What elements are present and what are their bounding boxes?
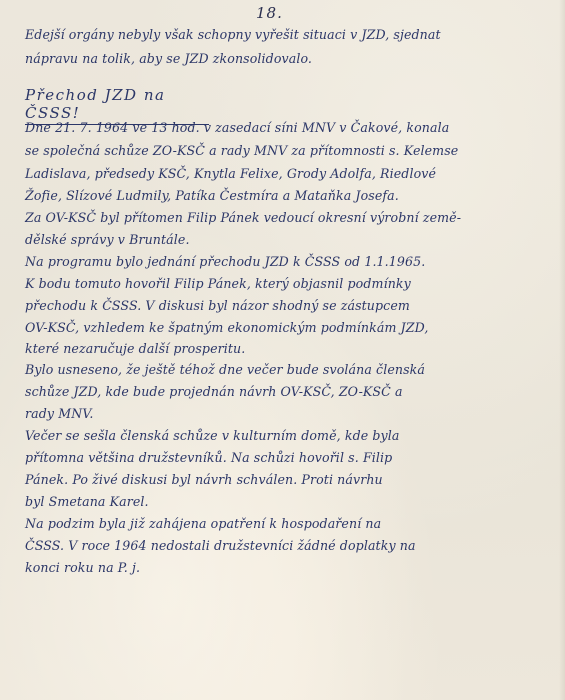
- page-number: 18.: [256, 4, 283, 22]
- page-edge-shadow: [559, 0, 565, 700]
- body-line: konci roku na P. j.: [25, 560, 140, 575]
- body-line: přechodu k ČSSS. V diskusi byl názor sho…: [25, 298, 410, 313]
- intro-line-2: nápravu na tolik, aby se JZD zkonsolidov…: [25, 51, 312, 66]
- body-line: dělské správy v Bruntále.: [25, 232, 190, 247]
- body-line: ČSSS. V roce 1964 nedostali družstevníci…: [25, 538, 416, 553]
- body-line: K bodu tomuto hovořil Filip Pánek, který…: [25, 276, 411, 291]
- body-line: Pánek. Po živé diskusi byl návrh schvále…: [25, 472, 383, 487]
- body-line: přítomna většina družstevníků. Na schůzi…: [25, 450, 392, 465]
- body-line: Žofie, Slízové Ludmily, Patíka Čestmíra …: [25, 188, 399, 203]
- body-line: které nezaručuje další prosperitu.: [25, 341, 245, 356]
- body-line: rady MNV.: [25, 406, 93, 421]
- scanned-document-page: 18. Edejší orgány nebyly však schopny vy…: [0, 0, 565, 700]
- intro-line-1: Edejší orgány nebyly však schopny vyřeši…: [25, 27, 441, 42]
- body-line: schůze JZD, kde bude projednán návrh OV-…: [25, 384, 403, 399]
- body-line: Bylo usneseno, že ještě téhož dne večer …: [25, 362, 425, 377]
- body-line: OV-KSČ, vzhledem ke špatným ekonomickým …: [25, 320, 428, 335]
- body-line: se společná schůze ZO-KSČ a rady MNV za …: [25, 143, 458, 158]
- body-line: Za OV-KSČ byl přítomen Filip Pánek vedou…: [25, 210, 461, 225]
- body-line: Večer se sešla členská schůze v kulturní…: [25, 428, 400, 443]
- body-line: Na podzim byla již zahájena opatření k h…: [25, 516, 381, 531]
- body-line: Dne 21. 7. 1964 ve 13 hod. v zasedací sí…: [25, 120, 449, 135]
- body-line: Na programu bylo jednání přechodu JZD k …: [25, 254, 425, 269]
- body-line: byl Smetana Karel.: [25, 494, 149, 509]
- body-line: Ladislava, předsedy KSČ, Knytla Felixe, …: [25, 166, 436, 181]
